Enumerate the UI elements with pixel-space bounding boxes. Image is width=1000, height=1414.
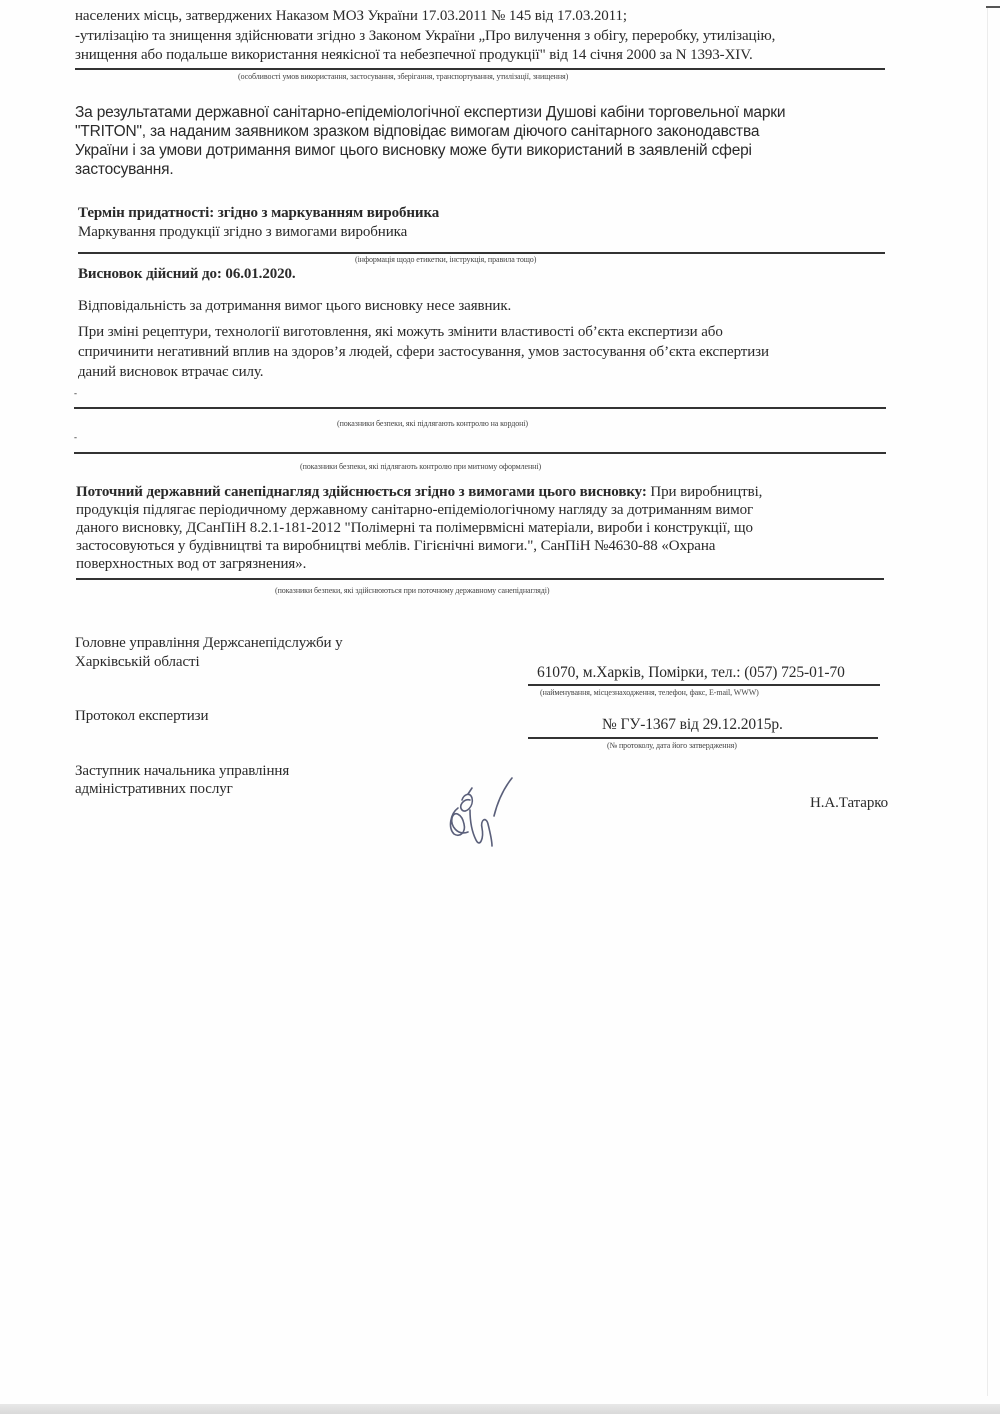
authority-name-line-1: Головне управління Держсанепідслужби у (75, 635, 342, 652)
signatory-name: Н.А.Татарко (810, 795, 888, 812)
label-info-caption: (інформація щодо етикетки, інструкція, п… (355, 255, 536, 264)
authority-name-line-2: Харківській області (75, 654, 200, 671)
invalidation-line-2: спричинити негативний вплив на здоров’я … (78, 344, 769, 361)
supervision-heading: Поточний державний санепіднагляд здійсню… (76, 484, 647, 500)
signatory-position-line-1: Заступник начальника управління (75, 763, 289, 780)
customs-control-caption: (показники безпеки, які підлягають контр… (300, 462, 541, 471)
conclusion-line-2: "TRITON", за наданим заявником зразком в… (75, 123, 759, 141)
validity-date: Висновок дійсний до: 06.01.2020. (78, 266, 296, 283)
document-page: населених місць, затверджених Наказом МО… (0, 0, 1000, 1414)
divider-line (76, 578, 884, 580)
supervision-caption: (показники безпеки, які здійснюються при… (275, 586, 549, 595)
labeling-text: Маркування продукції згідно з вимогами в… (78, 224, 407, 241)
disposal-text-line-3: знищення або подальше використання неякі… (75, 47, 753, 64)
border-control-value: - (74, 388, 77, 398)
supervision-line-2: продукція підлягає періодичному державно… (76, 502, 753, 519)
divider-line (74, 452, 886, 454)
invalidation-line-1: При зміні рецептури, технології виготовл… (78, 324, 723, 341)
conclusion-line-4: застосування. (75, 161, 173, 179)
disposal-text-line-2: -утилізацію та знищення здійснювати згід… (75, 28, 775, 45)
signature-icon (440, 770, 520, 860)
authority-address: 61070, м.Харків, Помірки, тел.: (057) 72… (537, 664, 845, 682)
conclusion-line-3: України і за умови дотримання вимог цьог… (75, 142, 752, 160)
scan-mark (986, 6, 1000, 8)
customs-control-value: - (74, 432, 77, 442)
supervision-line-1-tail: При виробництві, (647, 484, 763, 500)
protocol-label: Протокол експертизи (75, 708, 208, 725)
supervision-line-5: поверхностных вод от загрязнения». (76, 556, 306, 573)
protocol-caption: (№ протоколу, дата його затвердження) (607, 741, 737, 750)
conclusion-line-1: За результатами державної санітарно-епід… (75, 104, 785, 122)
address-caption: (найменування, місцезнаходження, телефон… (540, 688, 759, 697)
divider-line (528, 737, 878, 739)
divider-line (75, 68, 885, 70)
responsibility-text: Відповідальність за дотримання вимог цьо… (78, 298, 511, 315)
usage-conditions-caption: (особливості умов використання, застосув… (238, 72, 568, 81)
disposal-text-line-1: населених місць, затверджених Наказом МО… (75, 8, 627, 25)
divider-line (74, 407, 886, 409)
divider-line (528, 684, 880, 686)
invalidation-line-3: даний висновок втрачає силу. (78, 364, 263, 381)
shelf-life-heading: Термін придатності: згідно з маркуванням… (78, 205, 439, 222)
supervision-line-4: застосовуються у будівництві та виробниц… (76, 538, 715, 555)
divider-line (78, 252, 885, 254)
supervision-line-3: даного висновку, ДСанПіН 8.2.1-181-2012 … (76, 520, 753, 537)
page-edge (987, 6, 988, 1396)
supervision-line-1: Поточний державний санепіднагляд здійсню… (76, 484, 762, 501)
signatory-position-line-2: адміністративних послуг (75, 781, 233, 798)
border-control-caption: (показники безпеки, які підлягають контр… (337, 419, 528, 428)
protocol-number: № ГУ-1367 від 29.12.2015р. (602, 716, 783, 734)
scan-bottom-edge (0, 1404, 1000, 1414)
